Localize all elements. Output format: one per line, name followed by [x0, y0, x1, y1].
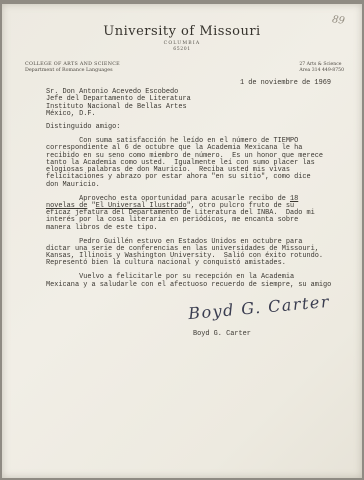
- letter-body-column: Sr. Don Antonio Acevedo Escobedo Jefe de…: [46, 89, 342, 295]
- letterhead-university-name: University of Missouri: [2, 24, 362, 39]
- letter-date: 1 de noviembre de 1969: [240, 79, 331, 87]
- letterhead-city: COLUMBIA: [2, 41, 362, 46]
- paragraph-1: Con suma satisfacción he leído en el núm…: [46, 138, 342, 189]
- typed-signature-name: Boyd G. Carter: [193, 330, 251, 338]
- handwritten-signature: Boyd G. Carter: [187, 292, 330, 323]
- salutation: Distinguido amigo:: [46, 124, 342, 131]
- letterhead-department-block: COLLEGE OF ARTS AND SCIENCE Department o…: [25, 62, 120, 74]
- letter-paper: 89 University of Missouri COLUMBIA 65201…: [2, 4, 362, 478]
- recipient-address: Sr. Don Antonio Acevedo Escobedo Jefe de…: [46, 89, 342, 118]
- letterhead-department: Department of Romance Languages: [25, 68, 120, 74]
- letterhead-contact-block: 27 Arts & Science Area 314 449-8750: [299, 62, 344, 74]
- letterhead-phone: Area 314 449-8750: [299, 68, 344, 74]
- paragraph-2: Aprovecho esta oportunidad para acusarle…: [46, 196, 342, 232]
- letterhead-office: 27 Arts & Science: [299, 62, 344, 68]
- paragraph-4: Vuelvo a felicitarle por su recepción en…: [46, 274, 342, 289]
- scanned-letter-page: { "page_annotation": "89", "letterhead":…: [0, 0, 364, 480]
- paragraph-3: Pedro Guillén estuvo en Estados Unidos e…: [46, 239, 342, 268]
- letterhead-zip: 65201: [2, 47, 362, 52]
